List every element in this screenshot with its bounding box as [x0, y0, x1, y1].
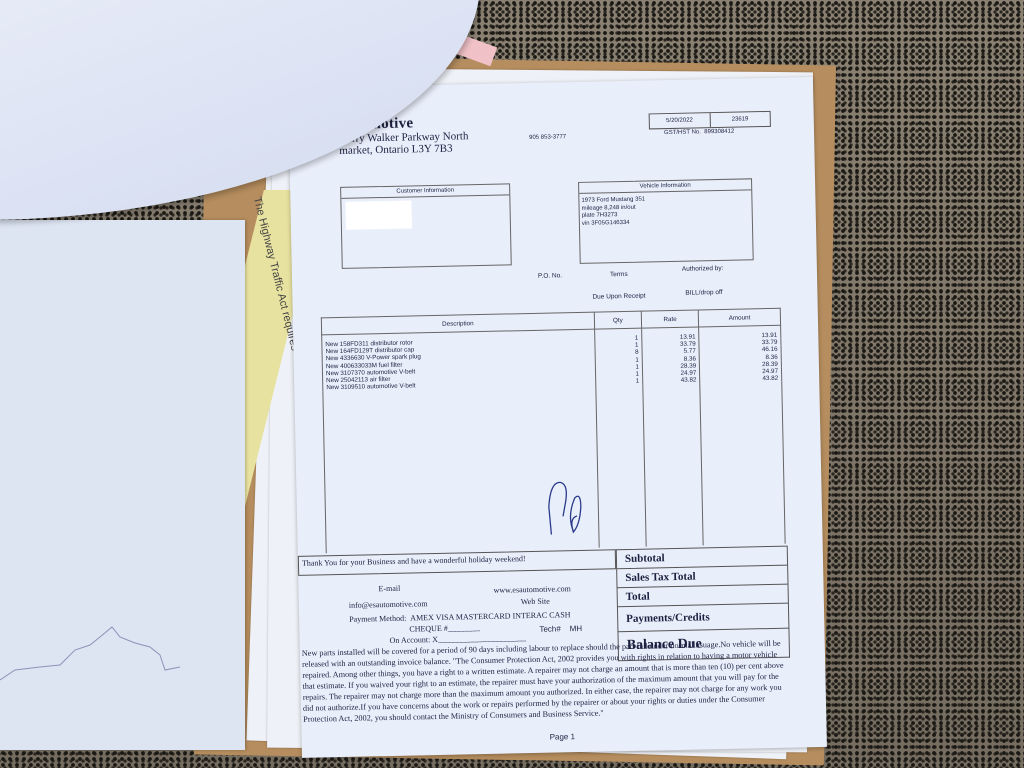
email-label: E-mail: [378, 584, 400, 593]
page-number: Page 1: [550, 732, 576, 742]
invoice-document: automotive Harry Walker Parkway North ma…: [288, 77, 827, 758]
payments-credits-row: Payments/Credits: [617, 604, 789, 633]
col-rate: Rate: [641, 310, 699, 328]
cell-rate: 13.91: [642, 327, 699, 342]
cheque-number: CHEQUE #________: [409, 623, 480, 633]
website-url: www.esautomotive.com: [493, 584, 570, 595]
website-label: Web Site: [521, 597, 550, 607]
company-phone: 905 853-3777: [529, 134, 566, 141]
redacted-customer-name: [345, 200, 412, 229]
tech-number: Tech# MH: [539, 624, 582, 634]
authorized-by-value: BILL/drop off: [685, 289, 722, 297]
customer-info-header: Customer Information: [341, 184, 509, 199]
payment-methods: Payment Method: AMEX VISA MASTERCARD INT…: [349, 610, 571, 624]
customer-info-box: Customer Information: [340, 183, 512, 269]
cell-qty: 1: [594, 328, 641, 343]
vehicle-details: 1973 Ford Mustang 351 mileage 8,248 in/o…: [579, 190, 752, 232]
consumer-protection-disclaimer: New parts installed will be covered for …: [302, 638, 794, 725]
invoice-date: 5/20/2022: [650, 113, 710, 128]
col-amount: Amount: [699, 308, 781, 327]
terms-value: Due Upon Receipt: [592, 293, 645, 301]
company-address-line2: market, Ontario L3Y 7B3: [339, 143, 452, 157]
po-number-label: P.O. No.: [538, 272, 562, 280]
invoice-number: 23619: [709, 112, 770, 127]
terms-label: Terms: [610, 271, 628, 278]
vehicle-info-box: Vehicle Information 1973 Ford Mustang 35…: [578, 178, 754, 264]
scribble-line: [0, 625, 200, 685]
left-paper-sheet: [0, 220, 245, 750]
gst-number: GST/HST No. 899308412: [664, 129, 734, 136]
authorized-by-label: Authorized by:: [682, 265, 724, 273]
date-invoice-box: 5/20/2022 23619: [649, 111, 771, 130]
col-qty: Qty: [594, 311, 642, 329]
customer-signature: [542, 476, 593, 537]
email-address: info@esautomotive.com: [349, 599, 428, 610]
